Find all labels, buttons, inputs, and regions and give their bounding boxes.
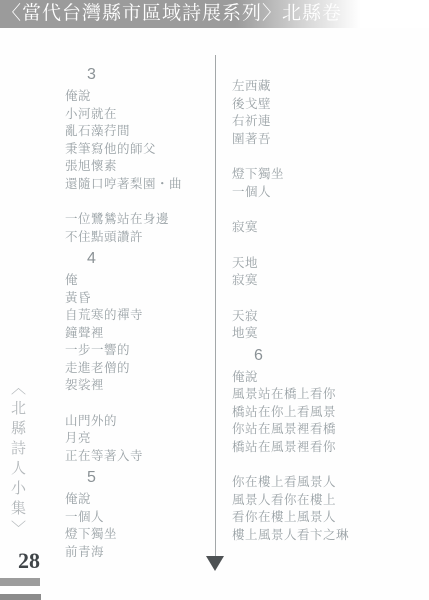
book-page: 〈當代台灣縣市區域詩展系列〉北縣卷 3俺說小河就在亂石藻荇間秉筆寫他的師父張旭懷… (0, 0, 429, 600)
stanza-gap (65, 193, 215, 211)
stanza-gap (232, 148, 407, 166)
poem-line: 後戈壁 (232, 96, 407, 114)
poem-column-right: 左西藏後戈壁右祈連圍著吾燈下獨坐一個人寂寞天地寂寞天寂地寞6俺說風景站在橋上看你… (232, 78, 407, 544)
poem-line: 正在等著入寺 (65, 448, 215, 466)
poem-line: 燈下獨坐 (232, 166, 407, 184)
poem-line: 小河就在 (65, 106, 215, 124)
poem-line: 前青海 (65, 544, 215, 562)
poem-line: 你在樓上看風景人 (232, 474, 407, 492)
down-arrow-icon (206, 556, 224, 571)
section-number: 5 (65, 465, 215, 491)
poem-line: 橋站在風景裡看你 (232, 439, 407, 457)
page-number: 28 (18, 548, 40, 574)
poem-line: 山門外的 (65, 413, 215, 431)
section-number: 4 (65, 246, 215, 272)
poem-line: 一個人 (65, 509, 215, 527)
poem-line: 天地 (232, 255, 407, 273)
poem-line: 秉筆寫他的師父 (65, 141, 215, 159)
poem-line: 風景站在橋上看你 (232, 386, 407, 404)
collection-title-vertical: 〈北縣詩人小集〉 (7, 380, 28, 560)
poem-line: 右祈連 (232, 113, 407, 131)
poem-line: 還隨口哼著梨園・曲 (65, 176, 215, 194)
poem-line: 寂寞 (232, 272, 407, 290)
header-bar: 〈當代台灣縣市區域詩展系列〉北縣卷 (0, 0, 429, 28)
poem-line: 橋站在你上看風景 (232, 404, 407, 422)
poem-line: 自荒寒的禪寺 (65, 307, 215, 325)
poem-line: 你站在風景裡看橋 (232, 421, 407, 439)
stanza-gap (65, 395, 215, 413)
poem-line: 樓上風景人看卞之琳 (232, 527, 407, 545)
poem-line: 俺 (65, 272, 215, 290)
poem-line: 袈裟裡 (65, 377, 215, 395)
column-divider-line (215, 55, 216, 557)
stanza-gap (232, 456, 407, 474)
poem-line: 俺說 (232, 369, 407, 387)
poem-line: 一個人 (232, 184, 407, 202)
section-number: 3 (65, 62, 215, 88)
series-title: 〈當代台灣縣市區域詩展系列〉北縣卷 (0, 3, 342, 24)
poem-line: 亂石藻荇間 (65, 123, 215, 141)
section-number: 6 (232, 343, 407, 369)
poem-line: 風景人看你在樓上 (232, 492, 407, 510)
poem-line: 圍著吾 (232, 131, 407, 149)
poem-line: 看你在樓上風景人 (232, 509, 407, 527)
footer-bar-top (0, 578, 40, 586)
poem-line: 燈下獨坐 (65, 526, 215, 544)
poem-line: 俺說 (65, 491, 215, 509)
stanza-gap (232, 237, 407, 255)
poem-line: 張旭懷素 (65, 158, 215, 176)
poem-line: 月亮 (65, 430, 215, 448)
stanza-gap (232, 201, 407, 219)
poem-line: 寂寞 (232, 219, 407, 237)
poem-line: 黃昏 (65, 290, 215, 308)
poem-line: 一位鷺鷥站在身邊 (65, 211, 215, 229)
poem-line: 走進老僧的 (65, 360, 215, 378)
footer-bar-bottom (0, 594, 41, 600)
poem-line: 不住點頭讚許 (65, 229, 215, 247)
poem-line: 俺說 (65, 88, 215, 106)
poem-line: 天寂 (232, 308, 407, 326)
stanza-gap (232, 290, 407, 308)
poem-line: 地寞 (232, 325, 407, 343)
poem-line: 鐘聲裡 (65, 325, 215, 343)
poem-line: 左西藏 (232, 78, 407, 96)
poem-column-left: 3俺說小河就在亂石藻荇間秉筆寫他的師父張旭懷素還隨口哼著梨園・曲一位鷺鷥站在身邊… (65, 62, 215, 561)
poem-line: 一步一響的 (65, 342, 215, 360)
